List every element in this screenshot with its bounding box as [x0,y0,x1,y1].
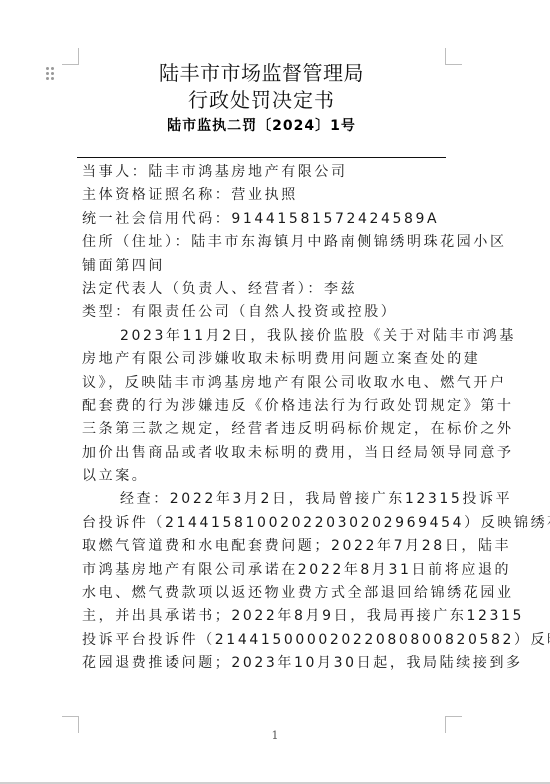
credit-code-line: 统一社会信用代码：91441581572424589A [82,208,470,231]
paragraph2-line: 市鸿基房地产有限公司承诺在2022年8月31日前将应退的 [82,559,470,582]
address-line-cont: 铺面第四间 [82,255,470,278]
company-type-line: 类型：有限责任公司（自然人投资或控股） [82,301,470,324]
paragraph1-line: 2023年11月2日，我队接价监股《关于对陆丰市鸿基 [82,325,470,348]
drag-handle-icon[interactable] [46,67,56,81]
paragraph1-line: 三条第三款之规定，经营者违反明码标价规定，在标价之外 [82,418,470,441]
document-body: 当事人：陆丰市鸿基房地产有限公司 主体资格证照名称：营业执照 统一社会信用代码：… [82,161,470,676]
party-name-line: 当事人：陆丰市鸿基房地产有限公司 [82,161,470,184]
document-number: 陆市监执二罚〔2024〕1号 [77,116,446,136]
paragraph2-line: 投诉平台投诉件（21441500002022080800820582）反映锦绣 [82,629,470,652]
address-line: 住所（住址）：陆丰市东海镇月中路南侧锦绣明珠花园小区 [82,231,470,254]
paragraph1-line: 配套费的行为涉嫌违反《价格违法行为行政处罚规定》第十 [82,395,470,418]
license-type-line: 主体资格证照名称：营业执照 [82,184,470,207]
document-title-agency: 陆丰市市场监督管理局 [77,60,446,86]
page-number: 1 [0,729,550,742]
document-title-type: 行政处罚决定书 [77,87,446,113]
paragraph1-line: 房地产有限公司涉嫌收取未标明费用问题立案查处的建 [82,348,470,371]
document-page: 陆丰市市场监督管理局 行政处罚决定书 陆市监执二罚〔2024〕1号 当事人：陆丰… [0,0,550,784]
paragraph2-line: 水电、燃气费款项以返还物业费方式全部退回给锦绣花园业 [82,582,470,605]
paragraph1-line: 以立案。 [82,465,470,488]
paragraph1-line: 加价出售商品或者收取未标明的费用，当日经局领导同意予 [82,442,470,465]
legal-representative-line: 法定代表人（负责人、经营者）：李兹 [82,278,470,301]
paragraph2-line: 台投诉件（21441581002022030202969454）反映锦绣花园收 [82,512,470,535]
paragraph1-line: 议》，反映陆丰市鸿基房地产有限公司收取水电、燃气开户 [82,372,470,395]
header-divider [77,157,446,158]
margin-corner-top-right [445,48,462,65]
paragraph2-line: 花园退费推诿问题；2023年10月30日起，我局陆续接到多 [82,652,470,675]
paragraph2-line: 主，并出具承诺书；2022年8月9日，我局再接广东12315 [82,605,470,628]
paragraph2-line: 取燃气管道费和水电配套费问题；2022年7月28日，陆丰 [82,535,470,558]
paragraph2-line: 经查：2022年3月2日，我局曾接广东12315投诉平 [82,488,470,511]
